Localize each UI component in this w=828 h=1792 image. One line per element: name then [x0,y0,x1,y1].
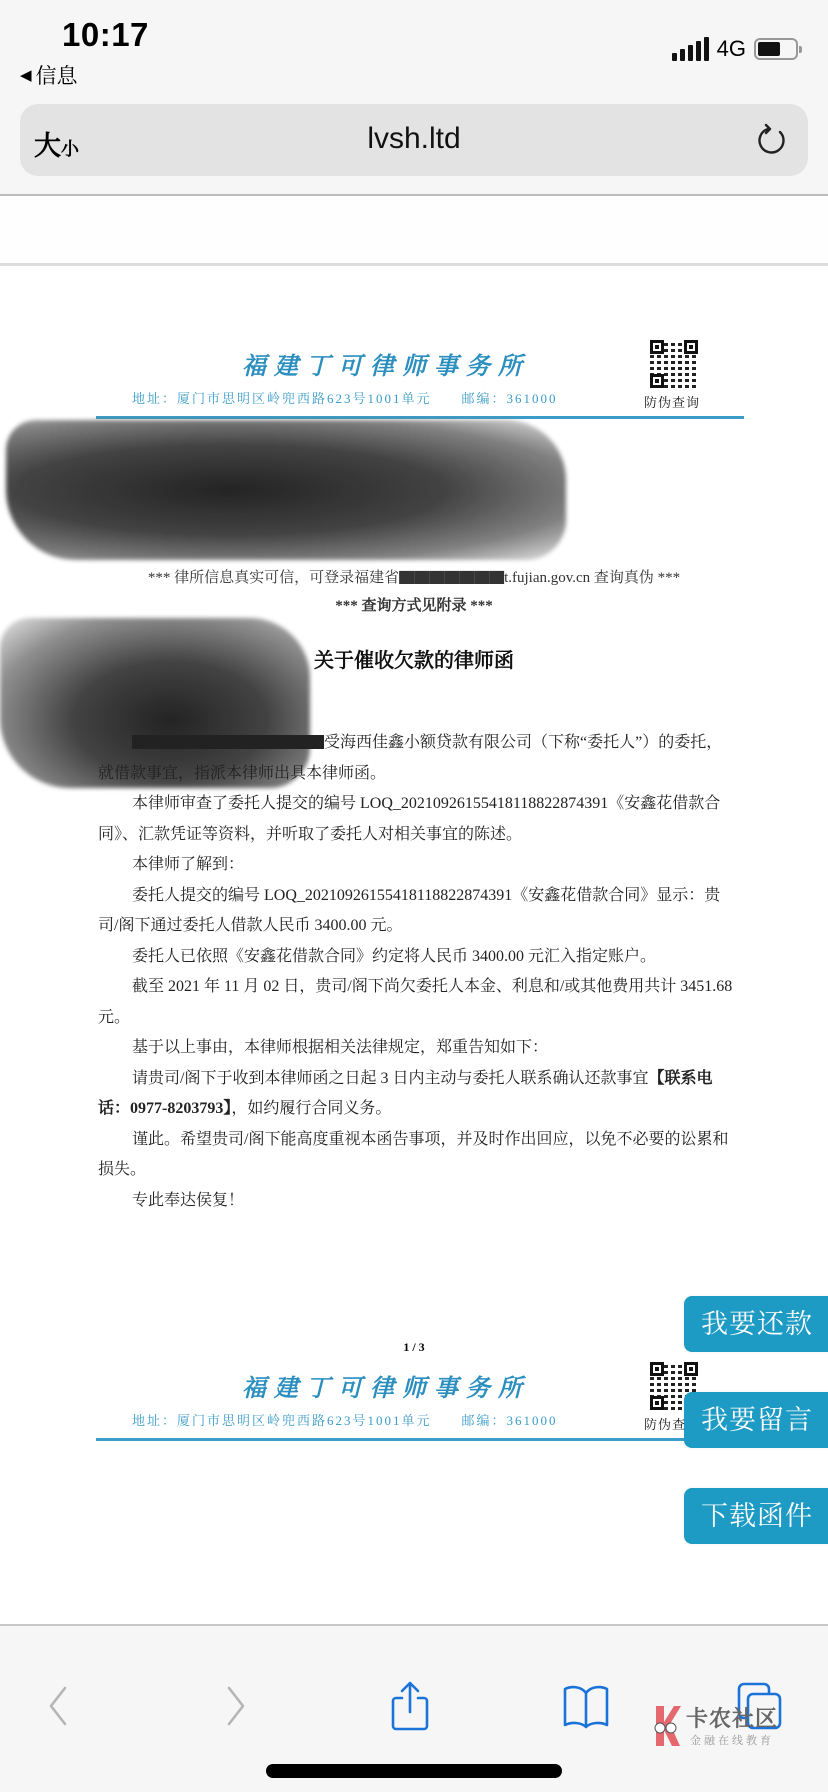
verification-notice: *** 律所信息真实可信，可登录福建省▇▇▇▇▇▇▇t.fujian.gov.c… [0,566,828,587]
paragraph: 专此奉达侯复！ [98,1186,738,1217]
repay-button[interactable]: 我要还款 [684,1296,828,1352]
status-bar: 10:17 ◀ 信息 4G [0,0,828,96]
share-button[interactable] [382,1678,438,1734]
watermark-title: 卡农社区 [686,1702,778,1733]
home-indicator[interactable] [266,1764,562,1778]
browser-address-area: 大小 lvsh.ltd [0,96,828,196]
redaction-mark [6,420,566,560]
back-triangle-icon: ◀ [20,66,32,84]
paragraph: 委托人提交的编号 LOQ_20210926155418118822874391《… [98,881,738,942]
address-bar[interactable]: 大小 lvsh.ltd [20,104,808,176]
download-letter-button[interactable]: 下载函件 [684,1488,828,1544]
status-time: 10:17 [62,16,149,54]
signal-icon [672,37,709,61]
demand-suffix: ，如约履行合同义务。 [231,1100,391,1117]
postcode-text: 邮编：361000 [462,1413,558,1428]
paragraph: 谨此。希望贵司/阁下能高度重视本函告事项，并及时作出回应，以免不必要的讼累和损失… [98,1125,738,1186]
qr-label: 防伪查询 [644,392,700,411]
demand-text: 请贵司/阁下于收到本律师函之日起 3 日内主动与委托人联系确认还款事宜 [132,1070,648,1087]
network-type: 4G [717,36,746,62]
address-text: 地址：厦门市思明区岭兜西路623号1001单元 [132,1413,432,1428]
letter-body: ▇▇▇▇▇▇▇▇▇▇▇▇受海西佳鑫小额贷款有限公司（下称“委托人”）的委托，就借… [98,728,738,1216]
query-method-notice: *** 查询方式见附录 *** [0,594,828,615]
paragraph: 截至 2021 年 11 月 02 日，贵司/阁下尚欠委托人本金、利息和/或其他… [98,972,738,1033]
chevron-left-icon [43,1684,73,1728]
paragraph: 本律师审查了委托人提交的编号 LOQ_202109261554181188228… [98,789,738,850]
firm-address: 地址：厦门市思明区岭兜西路623号1001单元邮编：361000 [132,388,558,407]
firm-name: 福建丁可律师事务所 [236,346,536,381]
kanong-logo-icon [652,1704,682,1748]
back-to-app-button[interactable]: ◀ 信息 [20,60,78,90]
watermark-subtitle: 金融在线教育 [690,1732,774,1748]
letterhead-divider [96,416,744,419]
letterhead-divider [96,1438,744,1441]
firm-address: 地址：厦门市思明区岭兜西路623号1001单元邮编：361000 [132,1410,558,1429]
bookmarks-button[interactable] [558,1678,614,1734]
book-icon [561,1683,611,1729]
firm-name: 福建丁可律师事务所 [236,1368,536,1403]
document-title: 关于催收欠款的律师函 [0,644,828,673]
address-text: 地址：厦门市思明区岭兜西路623号1001单元 [132,391,432,406]
chevron-right-icon [221,1684,251,1728]
page-top-strip [0,198,828,266]
paragraph: 委托人已依照《安鑫花借款合同》约定将人民币 3400.00 元汇入指定账户。 [98,942,738,973]
back-button[interactable] [30,1678,86,1734]
forward-button[interactable] [208,1678,264,1734]
paragraph: ▇▇▇▇▇▇▇▇▇▇▇▇受海西佳鑫小额贷款有限公司（下称“委托人”）的委托，就借… [98,728,738,789]
paragraph: 基于以上事由，本律师根据相关法律规定，郑重告知如下： [98,1033,738,1064]
battery-icon [754,38,798,60]
reload-icon[interactable] [754,122,790,158]
share-icon [388,1680,432,1732]
web-content[interactable]: 福建丁可律师事务所 地址：厦门市思明区岭兜西路623号1001单元邮编：3610… [0,198,828,1624]
qr-code[interactable] [648,338,700,390]
leave-message-button[interactable]: 我要留言 [684,1392,828,1448]
demand-paragraph: 请贵司/阁下于收到本律师函之日起 3 日内主动与委托人联系确认还款事宜【联系电话… [98,1064,738,1125]
status-indicators: 4G [672,36,798,62]
url-text[interactable]: lvsh.ltd [20,122,808,156]
postcode-text: 邮编：361000 [462,391,558,406]
back-app-label: 信息 [36,60,78,90]
paragraph: 本律师了解到： [98,850,738,881]
watermark: 卡农社区 金融在线教育 [646,1700,816,1756]
